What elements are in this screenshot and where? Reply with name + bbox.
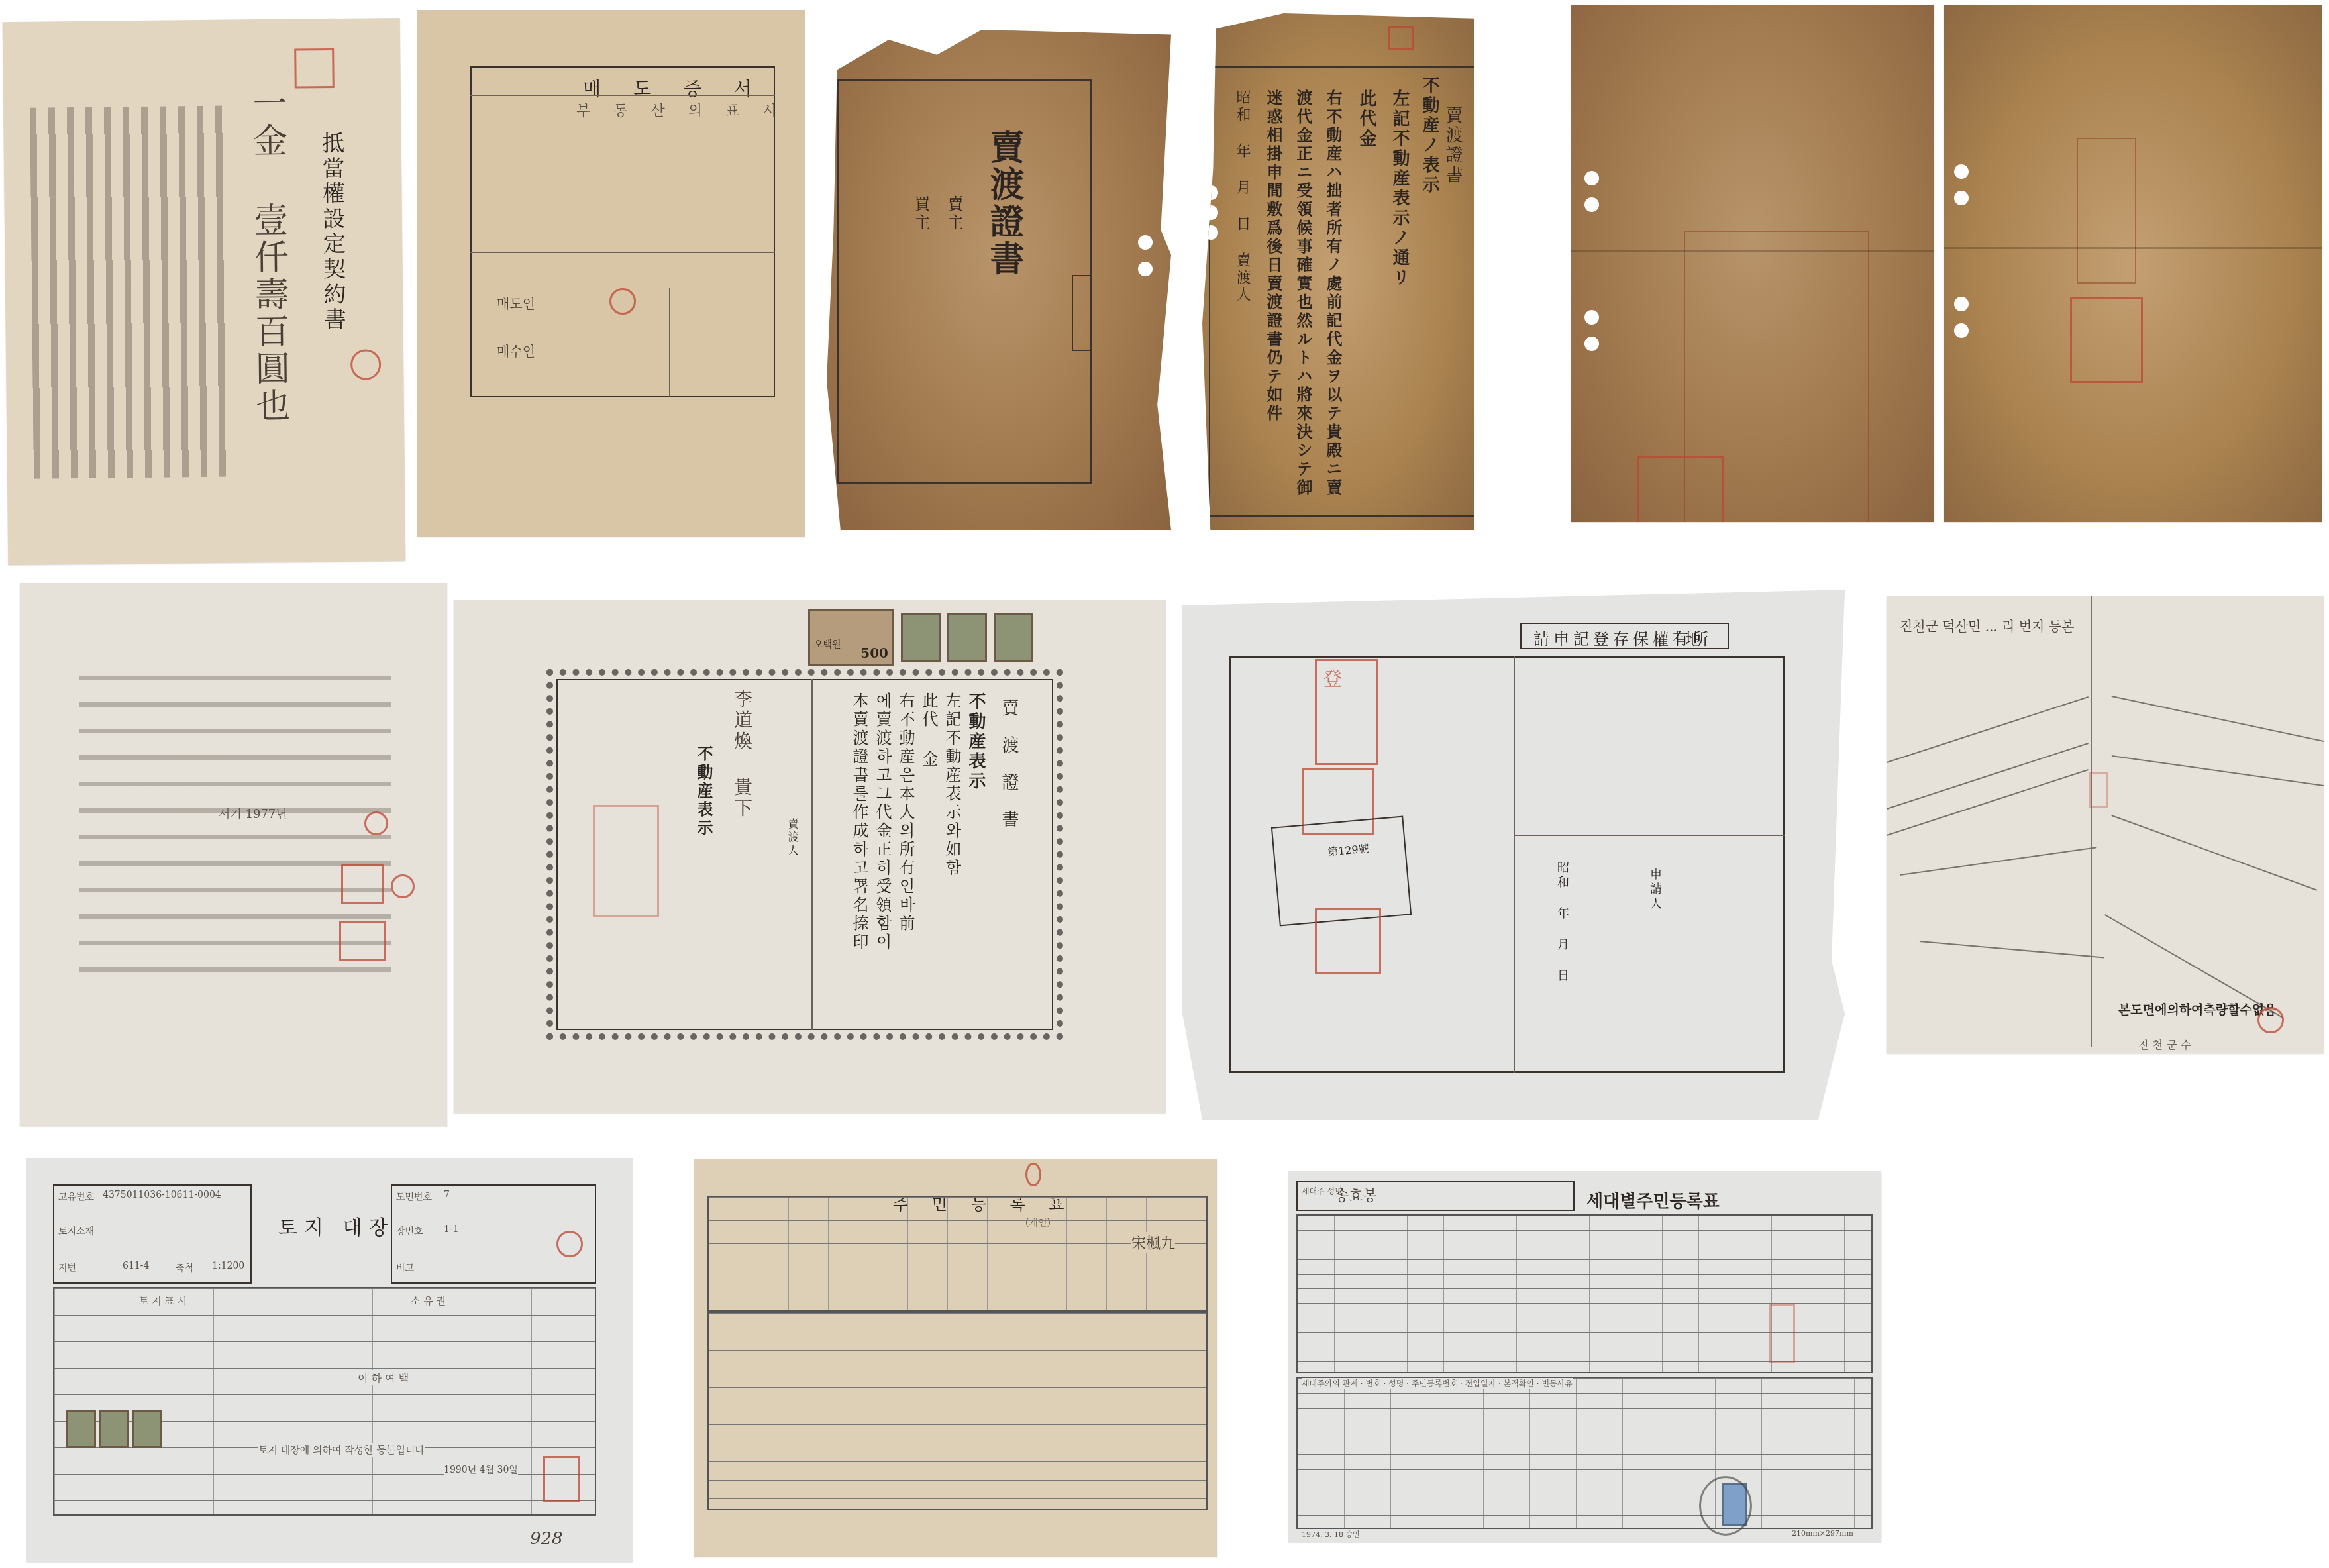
document-ownership-registration: 土地 所有權保存登記申請 登 第129號 申請人 昭和 年 月 日 bbox=[1182, 590, 1845, 1120]
certificate-title: 매 도 증 서 bbox=[583, 75, 765, 101]
left-property-heading: 不動産表示 bbox=[692, 745, 715, 838]
resident-card-lower-table bbox=[707, 1312, 1208, 1510]
column-move-in-date: 전입일자 bbox=[1465, 1379, 1496, 1388]
document-land-register: 고유번호 4375011036-10611-0004 토지소재 지번 611-4… bbox=[26, 1158, 633, 1562]
deed-line-2: 此代 金 bbox=[917, 692, 941, 769]
contract-title: 抵當權設定契約書 bbox=[315, 131, 349, 333]
revenue-stamp-pagoda bbox=[947, 613, 987, 662]
deed-line-1: 左記不動産表示와如함 bbox=[941, 692, 964, 878]
revenue-stamp bbox=[132, 1410, 162, 1448]
sheet-label: 도면번호 bbox=[396, 1190, 432, 1203]
location-label: 토지소재 bbox=[58, 1224, 94, 1237]
applicant-label: 申請人 bbox=[1646, 868, 1663, 912]
red-seal-round bbox=[1025, 1163, 1041, 1186]
scale-label: 축척 bbox=[176, 1261, 193, 1274]
revenue-stamp bbox=[66, 1410, 96, 1448]
red-seal bbox=[1769, 1304, 1795, 1363]
owner-section-label: 소 유 권 bbox=[411, 1294, 446, 1308]
deed-title: 賣渡證書 bbox=[997, 699, 1021, 847]
red-seal bbox=[543, 1456, 580, 1502]
red-seal-round bbox=[364, 811, 388, 835]
column-relation: 세대주와의 관계 bbox=[1302, 1379, 1358, 1388]
property-heading: 不動産ノ表示 bbox=[1418, 76, 1442, 195]
land-register-table bbox=[53, 1287, 596, 1516]
deed-line-3: 右不動産은本人의所有인바前 bbox=[894, 692, 917, 933]
stamp-character: 登 bbox=[1323, 665, 1342, 692]
handwritten-name: 宋楓九 bbox=[1131, 1232, 1175, 1253]
document-household-registration: 세대별주민등록표 세대주 성명 송효봉 세대주와의 관계 · 번호 · 성명 ·… bbox=[1288, 1171, 1881, 1542]
handwritten-number: 928 bbox=[530, 1529, 563, 1549]
property-section-label: 부 동 산 의 표 시 bbox=[576, 99, 786, 120]
column-number: 번호 bbox=[1365, 1379, 1380, 1388]
year-text: 서기 1977년 bbox=[219, 805, 287, 822]
deed-line-4: 渡代金正ニ受領候事確實也然ルトハ將來決シテ御 bbox=[1292, 89, 1315, 497]
lot-value: 611-4 bbox=[123, 1261, 149, 1271]
unique-no-label: 고유번호 bbox=[58, 1190, 94, 1203]
register-title: 토지 대장 bbox=[278, 1211, 394, 1240]
document-sale-deed-stamped: 500 오백원 賣渡證書 不動産表示 左記不動産表示와如함 此代 金 右不動産은… bbox=[454, 600, 1166, 1113]
map-issuer: 진천군수 bbox=[2138, 1037, 2195, 1052]
column-domicile-check: 본적확인 bbox=[1504, 1379, 1534, 1388]
document-mortgage-contract: 抵當權設定契約書 一金 壹仟壽百圓也 bbox=[3, 18, 406, 565]
sheet-value: 7 bbox=[444, 1190, 450, 1200]
scale-value: 1:1200 bbox=[212, 1261, 244, 1271]
document-typed-certificate: 서기 1977년 bbox=[20, 583, 447, 1126]
deed-line-1: 左記不動産表示ノ通リ bbox=[1388, 89, 1412, 288]
remarks-label: 비고 bbox=[396, 1261, 414, 1274]
land-section-label: 토 지 표 시 bbox=[139, 1294, 187, 1308]
document-sale-deed-text: 賣渡證書 不動産ノ表示 左記不動産表示ノ通リ 此代金 右不動産ハ拙者所有ノ處前記… bbox=[1202, 13, 1474, 530]
seller-label: 매도인 bbox=[497, 293, 535, 313]
deed-line-2: 此代金 bbox=[1355, 89, 1379, 149]
stamp-value: 500 bbox=[860, 645, 888, 661]
deed-line-4: 에賣渡하고그代金正히受領함이 bbox=[871, 692, 894, 952]
document-sale-certificate-korean: 매 도 증 서 부 동 산 의 표 시 매도인 매수인 bbox=[417, 10, 805, 537]
certification-text: 토지 대장에 의하여 작성한 등본입니다 bbox=[258, 1443, 425, 1457]
unique-no-value: 4375011036-10611-0004 bbox=[103, 1190, 221, 1200]
red-registration-stamp: 登 bbox=[1315, 659, 1378, 765]
red-seal bbox=[2070, 297, 2143, 383]
postmark bbox=[1699, 1476, 1752, 1536]
deed-title: 賣渡證書 bbox=[1441, 106, 1465, 185]
red-seal bbox=[1637, 456, 1724, 522]
buyer-label: 買主 bbox=[909, 195, 933, 233]
revenue-stamp-pagoda bbox=[901, 613, 941, 662]
date-label: 昭和 年 月 日 bbox=[1553, 861, 1571, 984]
resident-card-upper-table bbox=[707, 1196, 1208, 1312]
red-seal bbox=[2089, 772, 2108, 808]
red-seal bbox=[294, 48, 335, 89]
typed-text-block bbox=[30, 106, 233, 479]
household-card-title: 세대별주민등록표 bbox=[1586, 1188, 1720, 1212]
red-seal-round bbox=[391, 874, 415, 898]
lot-label: 지번 bbox=[58, 1261, 76, 1274]
footer-approval: 1974. 3. 18 승인 bbox=[1302, 1529, 1360, 1540]
page-label: 장번호 bbox=[396, 1224, 423, 1237]
registration-title: 所有權保存登記申請 bbox=[1533, 626, 1712, 649]
issue-date: 1990년 4월 30일 bbox=[444, 1463, 518, 1476]
red-seal-round bbox=[350, 349, 381, 380]
page-value: 1-1 bbox=[444, 1224, 459, 1235]
footer-paper-size: 210mm×297mm bbox=[1792, 1529, 1853, 1538]
deed-date-line: 昭和 年 月 日 賣渡人 bbox=[1232, 89, 1253, 304]
red-seal bbox=[1315, 908, 1381, 974]
buyer-label: 매수인 bbox=[497, 341, 535, 360]
deed-line-5: 本賣渡證書를作成하고署名捺印 bbox=[848, 692, 871, 952]
document-aged-reverse-2 bbox=[1944, 5, 2322, 522]
addressee: 李道煥 貴下 bbox=[729, 689, 755, 819]
household-members-table bbox=[1296, 1377, 1873, 1529]
owner-name: 이 하 여 백 bbox=[358, 1370, 409, 1385]
revenue-stamp-500: 500 오백원 bbox=[808, 609, 894, 666]
deed-line-5: 迷惑相掛申間敷爲後日賣渡證書仍テ如件 bbox=[1262, 89, 1285, 423]
revenue-stamp bbox=[99, 1410, 129, 1448]
document-cadastral-map: 진천군 덕산면 ... 리 번지 등본 본도면에의하여측량할수없음 진천군수 bbox=[1887, 596, 2324, 1053]
stamp-label: 오백원 bbox=[814, 637, 841, 651]
revenue-stamp-pagoda bbox=[994, 613, 1033, 662]
map-disclaimer: 본도면에의하여측량할수없음 bbox=[2118, 1000, 2277, 1018]
seller-label: 賣主 bbox=[943, 195, 966, 233]
deed-title: 賣渡證書 bbox=[979, 129, 1029, 278]
document-resident-registration: 주 민 등 록 표 (개인) 宋楓九 bbox=[694, 1159, 1217, 1557]
handwritten-amount: 一金 壹仟壽百圓也 bbox=[242, 85, 295, 425]
column-resident-no: 주민등록번호 bbox=[1412, 1379, 1458, 1388]
map-header: 진천군 덕산면 ... 리 번지 등본 bbox=[1900, 616, 2074, 635]
column-name: 성명 bbox=[1388, 1379, 1404, 1388]
seller-label: 賣渡人 bbox=[785, 818, 800, 858]
red-seal bbox=[593, 805, 659, 917]
red-seal-round bbox=[609, 288, 636, 315]
column-change-reason: 변동사유 bbox=[1541, 1379, 1572, 1388]
members-table-columns: 세대주와의 관계 · 번호 · 성명 · 주민등록번호 · 전입일자 · 본적확… bbox=[1302, 1378, 1573, 1389]
red-seal-square bbox=[339, 921, 386, 961]
receipt-number: 第129號 bbox=[1327, 840, 1369, 859]
red-seal-round bbox=[2257, 1007, 2284, 1033]
document-aged-reverse-1 bbox=[1571, 5, 1934, 522]
red-seal-round bbox=[556, 1231, 583, 1257]
red-seal-square bbox=[341, 864, 384, 904]
deed-line-3: 右不動産ハ拙者所有ノ處前記代金ヲ以テ貴殿ニ賣 bbox=[1321, 89, 1345, 497]
property-heading: 不動産表示 bbox=[964, 692, 988, 792]
document-sale-deed-cover: 賣渡證書 賣主 買主 bbox=[827, 30, 1171, 530]
red-seal bbox=[1388, 26, 1414, 50]
